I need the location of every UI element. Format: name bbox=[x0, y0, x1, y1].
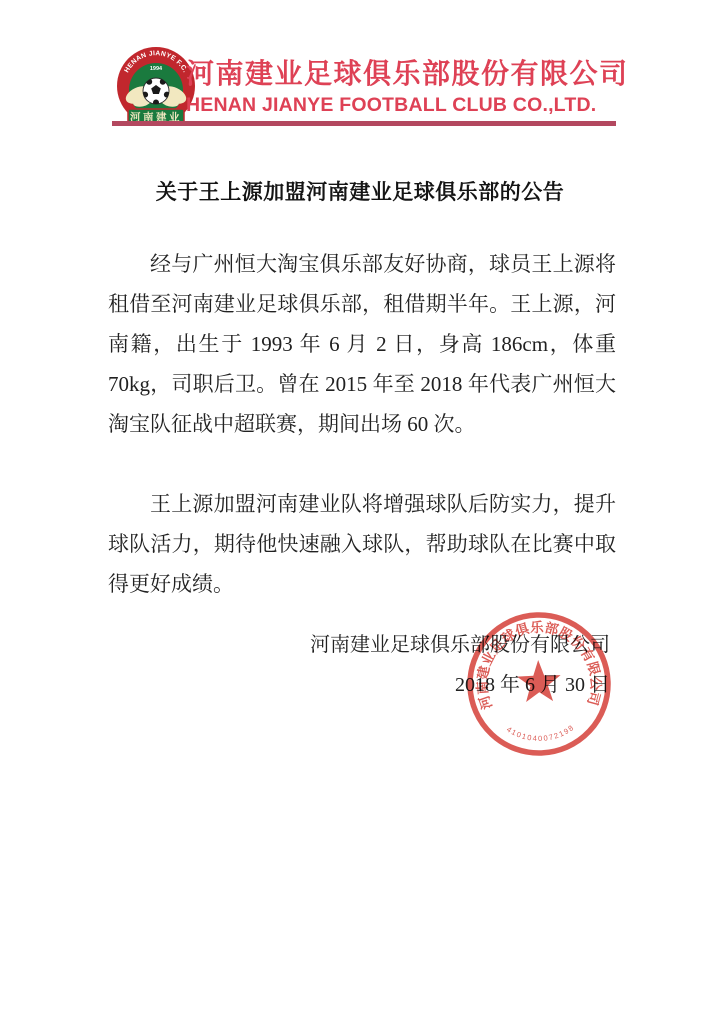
document-body: 经与广州恒大淘宝俱乐部友好协商，球员王上源将租借至河南建业足球俱乐部，租借期半年… bbox=[108, 244, 616, 644]
body-paragraph-1: 经与广州恒大淘宝俱乐部友好协商，球员王上源将租借至河南建业足球俱乐部，租借期半年… bbox=[108, 244, 616, 444]
seal-registration-number: 4101040072198 bbox=[505, 722, 577, 744]
announcement-title: 关于王上源加盟河南建业足球俱乐部的公告 bbox=[0, 176, 720, 206]
letterhead: 河南建业足球俱乐部股份有限公司 HENAN JIANYE FOOTBALL CL… bbox=[186, 57, 629, 117]
company-name-zh: 河南建业足球俱乐部股份有限公司 bbox=[186, 57, 629, 91]
crest-year-text: 1994 bbox=[150, 66, 163, 72]
company-name-en: HENAN JIANYE FOOTBALL CLUB CO.,LTD. bbox=[186, 93, 629, 117]
announcement-document: HENAN JIANYE F.C. 1994 河南建业 bbox=[0, 0, 720, 1018]
body-paragraph-2: 王上源加盟河南建业队将增强球队后防实力，提升球队活力，期待他快速融入球队，帮助球… bbox=[108, 484, 616, 604]
letterhead-divider bbox=[112, 121, 616, 126]
official-red-seal: 河南建业足球俱乐部股份有限公司 4101040072198 bbox=[461, 606, 616, 761]
seal-star-icon bbox=[516, 659, 561, 702]
svg-text:4101040072198: 4101040072198 bbox=[505, 722, 577, 744]
